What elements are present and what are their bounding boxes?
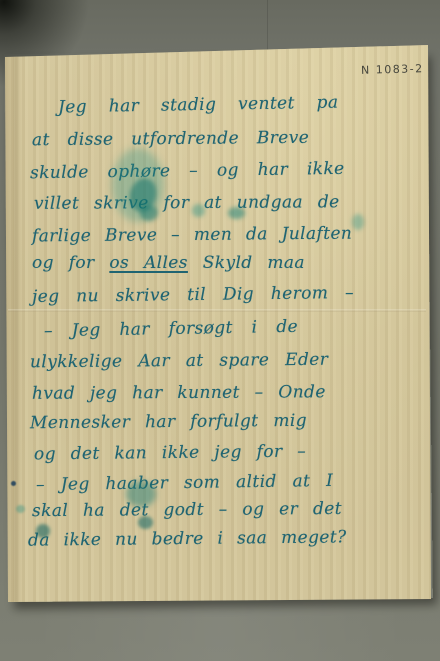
handwriting-line: villet skrive for at undgaa de (34, 194, 340, 213)
letter-paper: N 1083-2 Jeg har stadig ventet pa at dis… (0, 0, 440, 661)
ink-smudge (192, 204, 205, 217)
ink-smudge (36, 524, 50, 538)
background-seam (267, 0, 268, 54)
handwriting-line: ulykkelige Aar at spare Eder (30, 352, 328, 372)
handwriting-line: Jeg har stadig ventet pa (58, 95, 339, 117)
archive-label: N 1083-2 (361, 62, 424, 77)
handwriting-line: – Jeg haaber som altid at I (36, 473, 333, 494)
ink-smudge (138, 516, 153, 529)
handwriting-line: at disse utfordrende Breve (32, 130, 309, 149)
handwriting-line: da ikke nu bedre i saa meget? (28, 529, 347, 549)
underlined-phrase: os Alles (109, 253, 188, 273)
photo-background: N 1083-2 Jeg har stadig ventet pa at dis… (0, 0, 440, 661)
emphasis-post: Skyld maa (188, 253, 305, 273)
ink-dot (11, 481, 16, 486)
handwriting-line: og for os Alles Skyld maa (32, 255, 305, 272)
handwriting-line: – Jeg har forsøgt i de (44, 319, 298, 340)
ink-smudge (126, 481, 156, 507)
ink-smudge (140, 205, 158, 221)
handwriting-line: skulde ophøre – og har ikke (30, 161, 345, 182)
handwriting-line: jeg nu skrive til Dig herom – (32, 285, 354, 306)
emphasis-pre: og for (32, 253, 109, 273)
paper-crease-horizontal (8, 309, 426, 312)
handwriting-line: skal ha det godt – og er det (32, 501, 342, 520)
handwriting-line: farlige Breve – men da Julaften (32, 226, 352, 246)
handwriting-line: Mennesker har forfulgt mig (30, 413, 307, 432)
paper-crease-vertical (14, 55, 18, 603)
ink-smudge (228, 207, 245, 219)
ink-smudge (352, 214, 364, 230)
handwriting-line: hvad jeg har kunnet – Onde (32, 384, 326, 403)
ink-smudge (16, 505, 25, 513)
handwriting-line: og det kan ikke jeg for – (34, 444, 306, 464)
